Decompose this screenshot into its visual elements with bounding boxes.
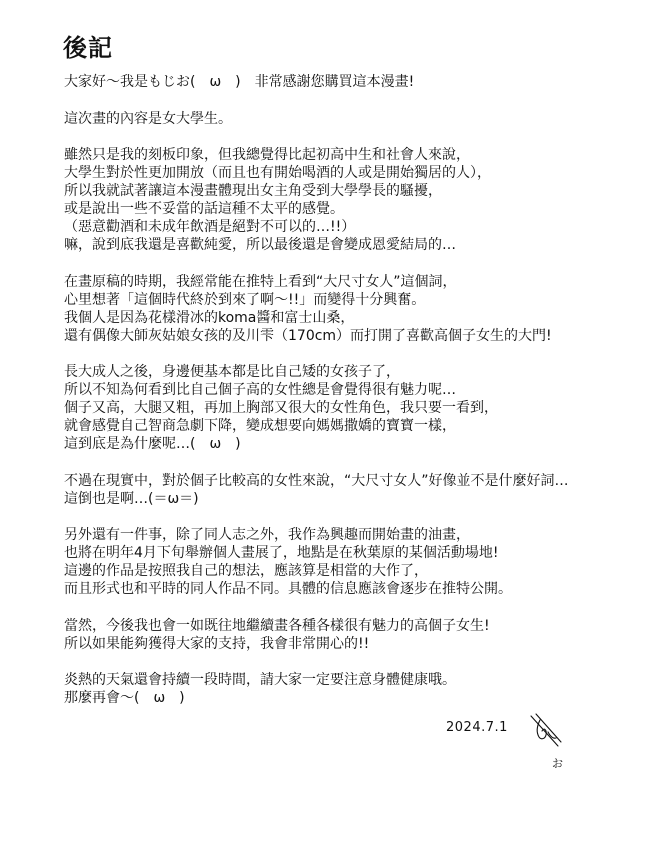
text-line: 長大成人之後，身邊便基本都是比自己矮的女孩子了， (64, 363, 644, 381)
paragraph-future: 當然，今後我也會一如既往地繼續畫各種各樣很有魅力的高個子女生! 所以如果能夠獲得… (64, 617, 644, 653)
text-line: 還有偶像大師灰姑娘女孩的及川雫（170cm）而打開了喜歡高個子女生的大門! (64, 327, 644, 345)
afterword-page: 後記 大家好～我是もじお( ω ) 非常感謝您購買這本漫畫! 這次畫的內容是女大… (0, 0, 650, 850)
paragraph-exhibition: 另外還有一件事，除了同人志之外，我作為興趣而開始畫的油畫， 也將在明年4月下旬舉… (64, 526, 644, 598)
text-line: 大學生對於性更加開放（而且也有開始喝酒的人或是開始獨居的人）， (64, 164, 644, 182)
text-line: 當然，今後我也會一如既往地繼續畫各種各樣很有魅力的高個子女生! (64, 617, 644, 635)
text-line: 而且形式也和平時的同人作品不同。具體的信息應該會逐步在推特公開。 (64, 580, 644, 598)
text-line: 這次畫的內容是女大學生。 (64, 110, 644, 128)
text-line: 那麼再會～( ω ) (64, 689, 644, 707)
text-line: 雖然只是我的刻板印象，但我總覺得比起初高中生和社會人來說， (64, 146, 644, 164)
text-line: 這到底是為什麼呢…( ω ) (64, 435, 644, 453)
paragraph-reality: 不過在現實中，對於個子比較高的女性來說，“大尺寸女人”好像並不是什麼好詞… 這倒… (64, 472, 644, 508)
paragraph-university-impression: 雖然只是我的刻板印象，但我總覺得比起初高中生和社會人來說， 大學生對於性更加開放… (64, 146, 644, 254)
afterword-body: 大家好～我是もじお( ω ) 非常感謝您購買這本漫畫! 這次畫的內容是女大學生。… (64, 73, 644, 726)
date-stamp: 2024.7.1 (446, 720, 508, 735)
text-line: 也將在明年4月下旬舉辦個人畫展了，地點是在秋葉原的某個活動場地! (64, 544, 644, 562)
text-line: 這邊的作品是按照我自己的想法，應該算是相當的大作了， (64, 562, 644, 580)
text-line: 大家好～我是もじお( ω ) 非常感謝您購買這本漫畫! (64, 73, 644, 91)
paragraph-growing-up: 長大成人之後，身邊便基本都是比自己矮的女孩子了， 所以不知為何看到比自己個子高的… (64, 363, 644, 453)
text-line: 或是說出一些不妥當的話這種不太平的感覺。 (64, 200, 644, 218)
text-line: （惡意勸酒和未成年飲酒是絕對不可以的…!!） (64, 218, 644, 236)
text-line: 不過在現實中，對於個子比較高的女性來說，“大尺寸女人”好像並不是什麼好詞… (64, 472, 644, 490)
text-line: 另外還有一件事，除了同人志之外，我作為興趣而開始畫的油畫， (64, 526, 644, 544)
page-title: 後記 (63, 28, 113, 63)
text-line: 這倒也是啊…(＝ω＝) (64, 490, 644, 508)
paragraph-theme: 這次畫的內容是女大學生。 (64, 110, 644, 128)
text-line: 個子又高，大腿又粗，再加上胸部又很大的女性角色，我只要一看到， (64, 399, 644, 417)
text-line: 在畫原稿的時期，我經常能在推特上看到“大尺寸女人”這個詞， (64, 273, 644, 291)
text-line: 心里想著「這個時代終於到來了啊～!!」而變得十分興奮。 (64, 291, 644, 309)
text-line: 我個人是因為花樣滑冰的koma醬和富士山桑， (64, 309, 644, 327)
paragraph-greeting: 大家好～我是もじお( ω ) 非常感謝您購買這本漫畫! (64, 73, 644, 91)
text-line: 所以如果能夠獲得大家的支持，我會非常開心的!! (64, 635, 644, 653)
paragraph-tall-women-term: 在畫原稿的時期，我經常能在推特上看到“大尺寸女人”這個詞， 心里想著「這個時代終… (64, 273, 644, 345)
text-line: 炎熱的天氣還會持續一段時間，請大家一定要注意身體健康哦。 (64, 671, 644, 689)
paragraph-farewell: 炎熱的天氣還會持續一段時間，請大家一定要注意身體健康哦。 那麼再會～( ω ) (64, 671, 644, 707)
signature-icon: お (528, 712, 573, 772)
signature-kana: お (552, 757, 563, 770)
text-line: 所以我就試著讓這本漫畫體現出女主角受到大學學長的騷擾， (64, 182, 644, 200)
text-line: 嘛，說到底我還是喜歡純愛，所以最後還是會變成恩愛結局的… (64, 236, 644, 254)
text-line: 所以不知為何看到比自己個子高的女性總是會覺得很有魅力呢… (64, 381, 644, 399)
text-line: 就會感覺自己智商急劇下降，變成想要向媽媽撒嬌的寶寶一樣， (64, 417, 644, 435)
